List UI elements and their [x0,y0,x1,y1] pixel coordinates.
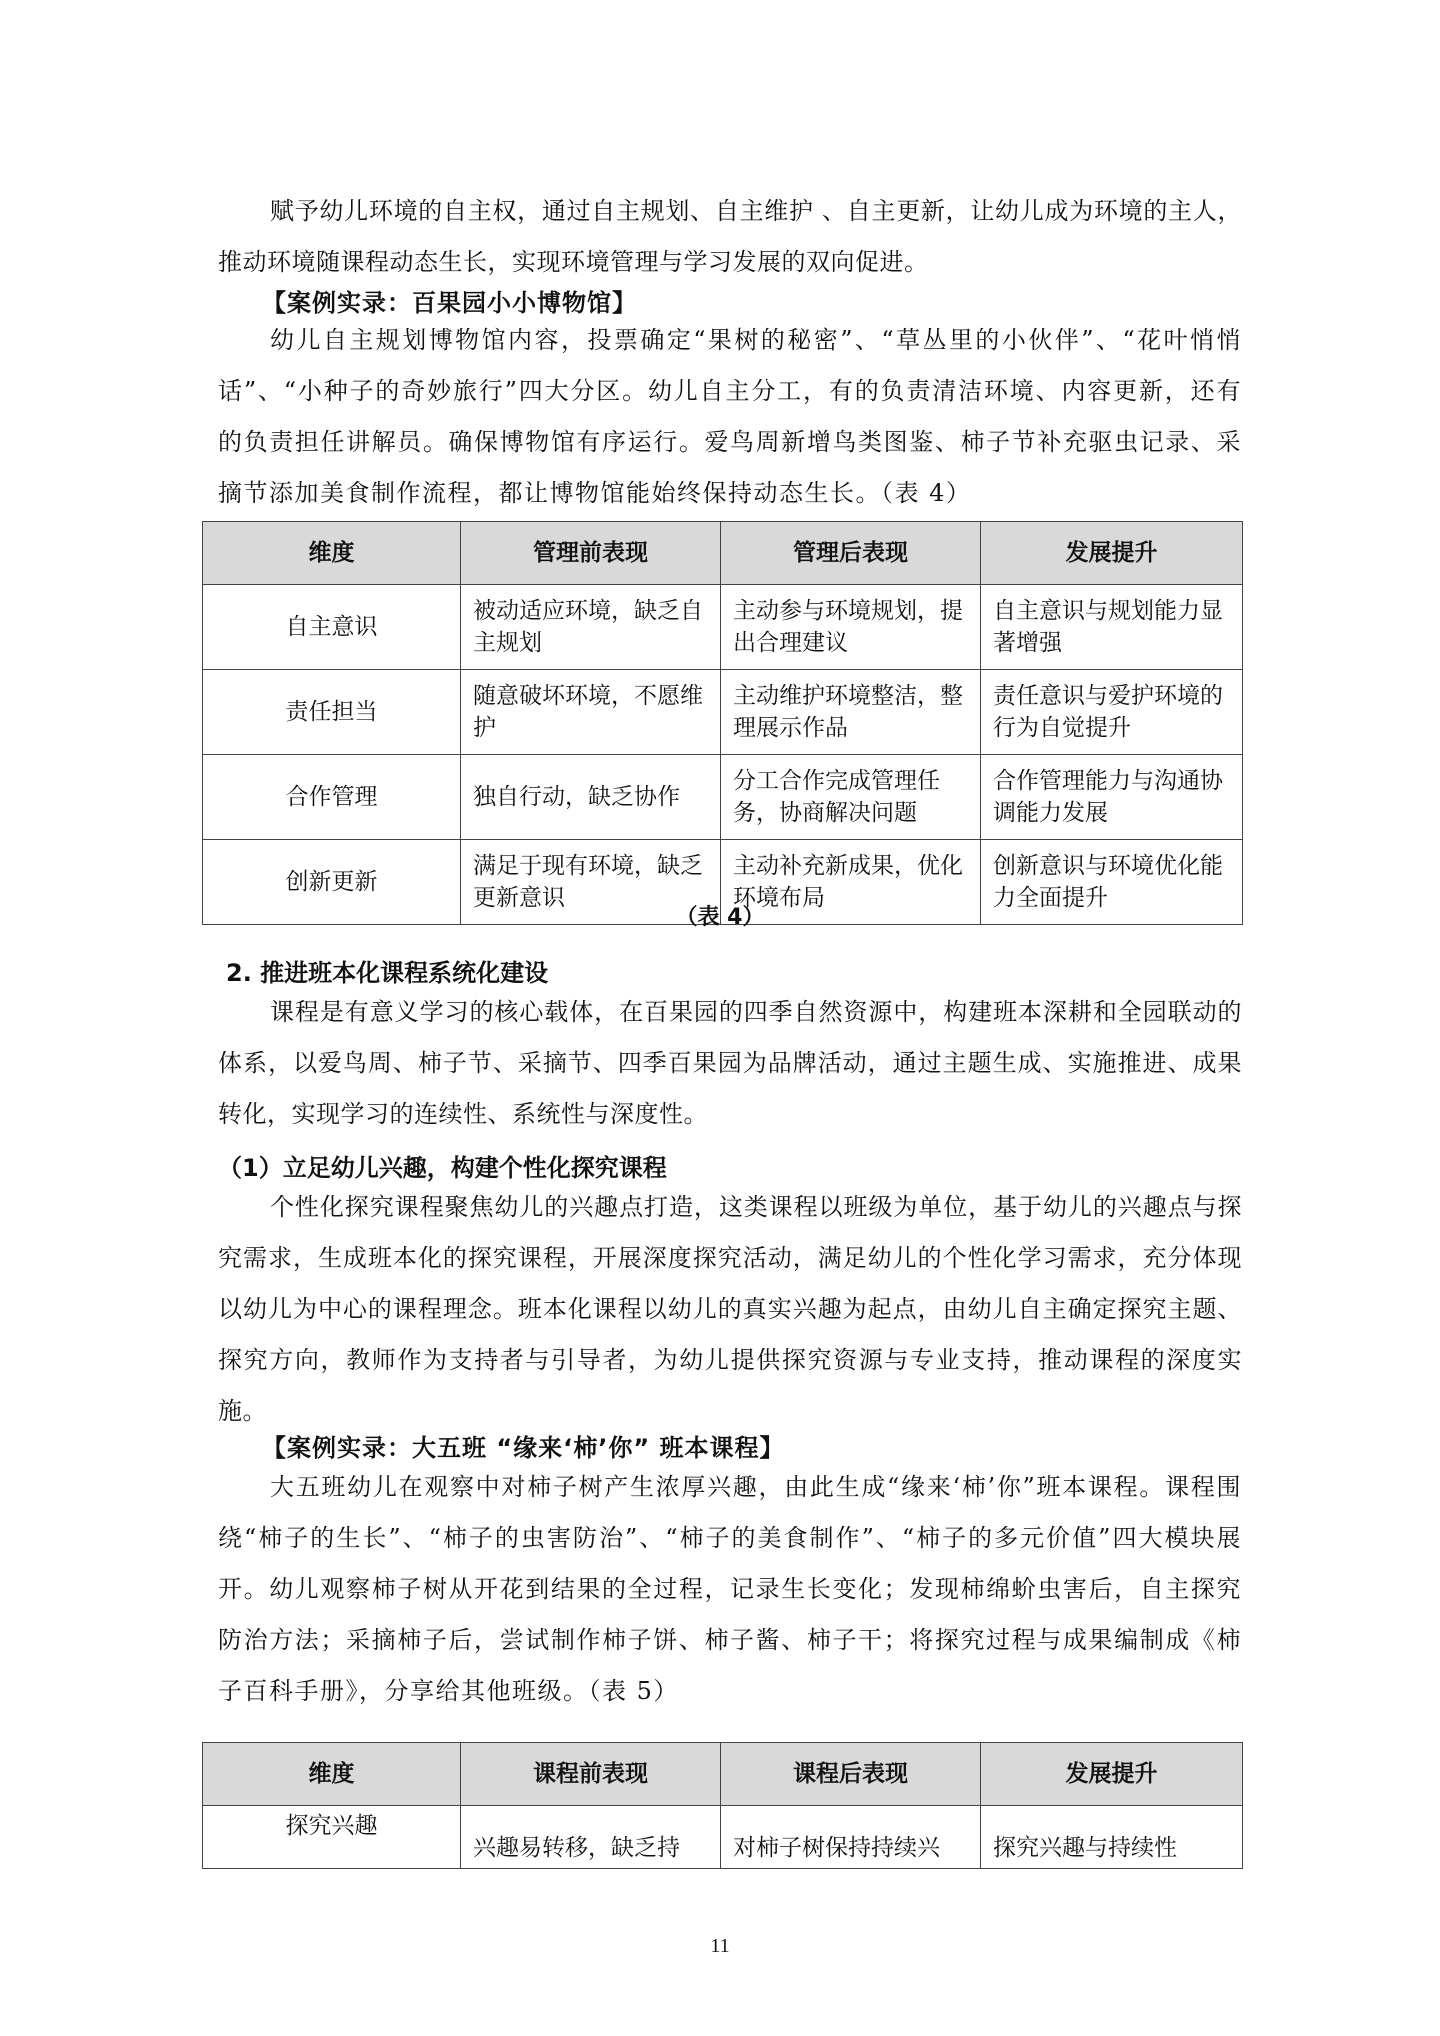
table-cell: 随意破坏环境，不愿维护 [461,670,721,755]
table-cell: 主动维护环境整洁，整理展示作品 [721,670,981,755]
table-cell: 对柿子树保持持续兴 [721,1806,981,1869]
table-4: 维度 管理前表现 管理后表现 发展提升 自主意识 被动适应环境，缺乏自主规划 主… [202,521,1243,925]
table-cell: 合作管理能力与沟通协调能力发展 [981,755,1243,840]
page-number: 11 [0,1935,1440,1958]
case-title-persimmon: 【案例实录：大五班 “缘来‘柿’你” 班本课程】 [262,1428,785,1463]
case-museum-paragraph: 幼儿自主规划博物馆内容，投票确定“果树的秘密”、“草丛里的小伙伴”、“花叶悄悄话… [218,315,1242,519]
section-2-paragraph: 课程是有意义学习的核心载体，在百果园的四季自然资源中，构建班本深耕和全园联动的体… [218,987,1242,1140]
table-cell: 独自行动，缺乏协作 [461,755,721,840]
table-4-caption: （表 4） [0,900,1440,931]
case-title-museum: 【案例实录：百果园小小博物馆】 [262,283,637,318]
table-row: 自主意识 被动适应环境，缺乏自主规划 主动参与环境规划，提出合理建议 自主意识与… [203,585,1243,670]
table-cell: 探究兴趣与持续性 [981,1806,1243,1869]
table-row: 合作管理 独自行动，缺乏协作 分工合作完成管理任务，协商解决问题 合作管理能力与… [203,755,1243,840]
table-header-cell: 课程后表现 [721,1743,981,1806]
table-5: 维度 课程前表现 课程后表现 发展提升 探究兴趣 兴趣易转移，缺乏持 对柿子树保… [202,1742,1243,1869]
table-header-row: 维度 管理前表现 管理后表现 发展提升 [203,522,1243,585]
table-cell: 主动参与环境规划，提出合理建议 [721,585,981,670]
subsection-1-heading: （1）立足幼儿兴趣，构建个性化探究课程 [218,1148,667,1183]
table-row: 探究兴趣 兴趣易转移，缺乏持 对柿子树保持持续兴 探究兴趣与持续性 [203,1806,1243,1869]
table-header-cell: 发展提升 [981,522,1243,585]
table-cell-dimension: 合作管理 [203,755,461,840]
table-header-cell: 管理后表现 [721,522,981,585]
table-header-cell: 课程前表现 [461,1743,721,1806]
table-cell: 兴趣易转移，缺乏持 [461,1806,721,1869]
subsection-1-paragraph: 个性化探究课程聚焦幼儿的兴趣点打造，这类课程以班级为单位，基于幼儿的兴趣点与探究… [218,1182,1242,1437]
intro-paragraph: 赋予幼儿环境的自主权，通过自主规划、自主维护 、自主更新，让幼儿成为环境的主人，… [218,186,1242,288]
table-header-cell: 维度 [203,522,461,585]
table-row: 责任担当 随意破坏环境，不愿维护 主动维护环境整洁，整理展示作品 责任意识与爱护… [203,670,1243,755]
table-cell: 责任意识与爱护环境的行为自觉提升 [981,670,1243,755]
table-cell: 被动适应环境，缺乏自主规划 [461,585,721,670]
section-2-heading: 2. 推进班本化课程系统化建设 [226,953,548,988]
document-page: 赋予幼儿环境的自主权，通过自主规划、自主维护 、自主更新，让幼儿成为环境的主人，… [0,0,1440,2036]
table-cell-dimension: 探究兴趣 [203,1806,461,1869]
table-header-row: 维度 课程前表现 课程后表现 发展提升 [203,1743,1243,1806]
table-cell: 分工合作完成管理任务，协商解决问题 [721,755,981,840]
table-cell-dimension: 自主意识 [203,585,461,670]
case-persimmon-paragraph: 大五班幼儿在观察中对柿子树产生浓厚兴趣，由此生成“缘来‘柿’你”班本课程。课程围… [218,1462,1242,1717]
table-cell: 自主意识与规划能力显著增强 [981,585,1243,670]
table-cell-dimension: 责任担当 [203,670,461,755]
table-header-cell: 管理前表现 [461,522,721,585]
table-header-cell: 发展提升 [981,1743,1243,1806]
table-header-cell: 维度 [203,1743,461,1806]
